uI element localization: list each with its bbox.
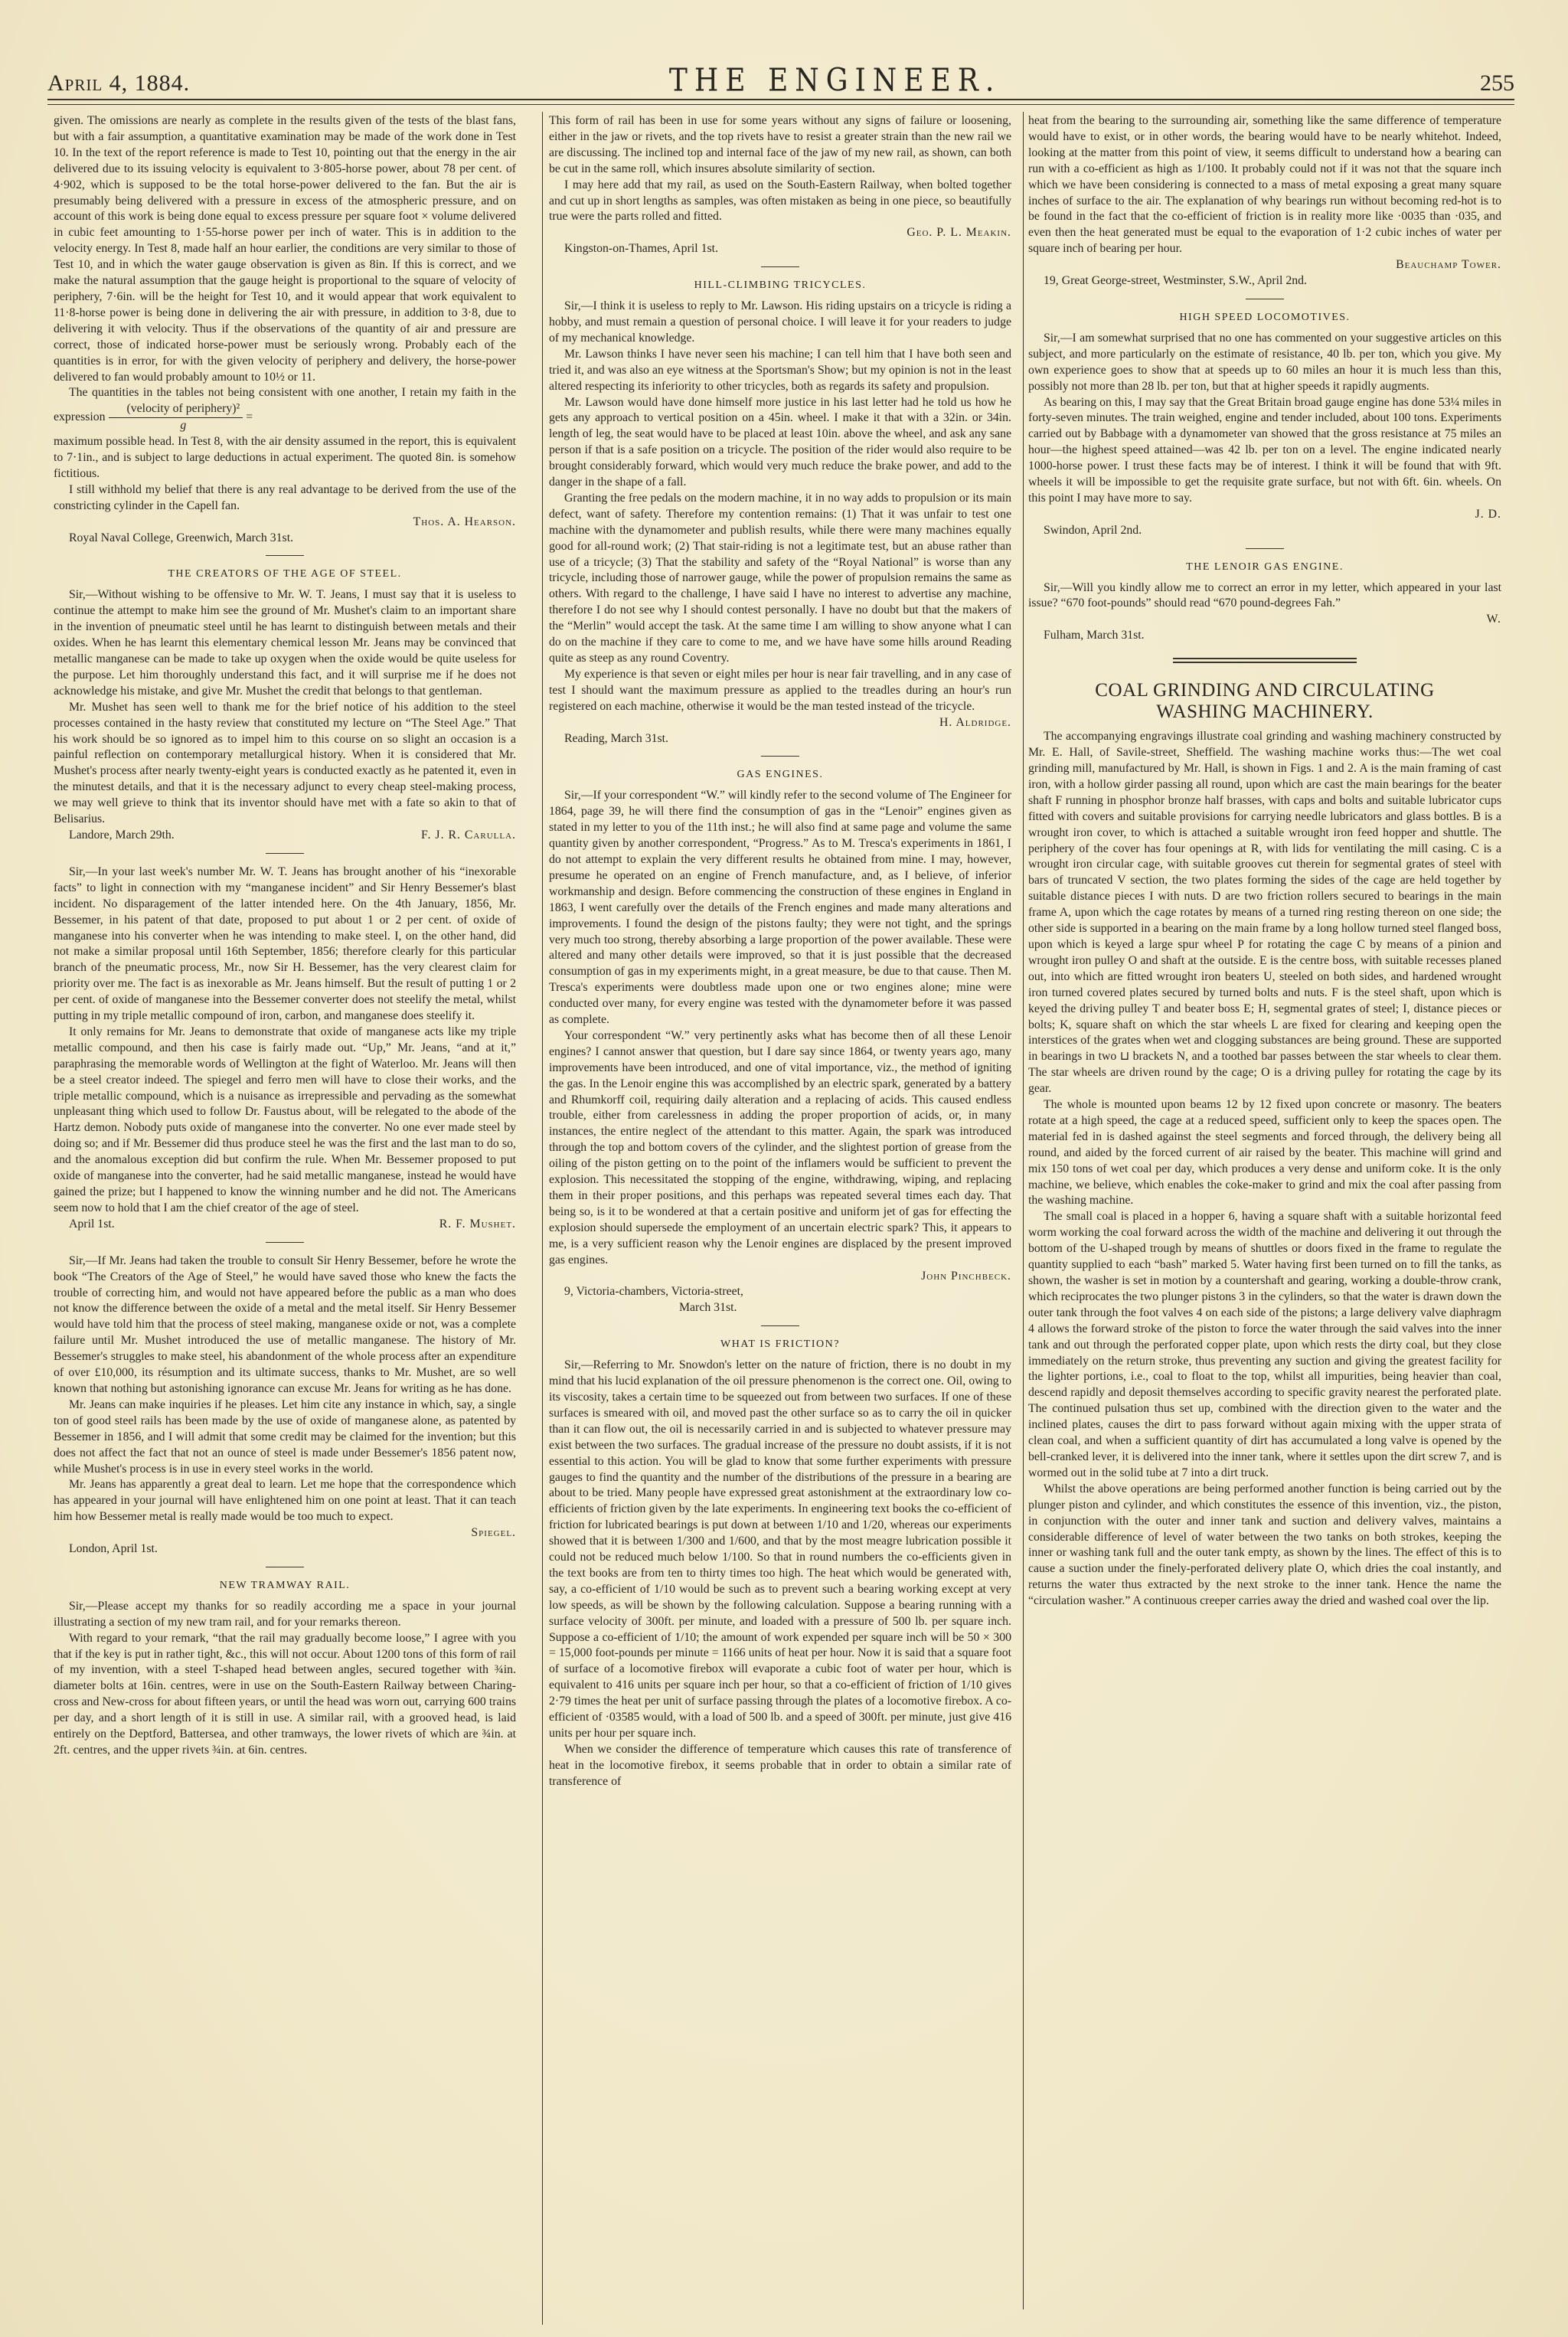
signature: H. Aldridge. <box>549 715 1011 731</box>
signature: W. <box>1028 612 1501 628</box>
paragraph: Granting the free pedals on the modern m… <box>549 491 1011 667</box>
paragraph: Sir,—I am somewhat surprised that no one… <box>1028 331 1501 395</box>
signoff: April 1st. R. F. Mushet. <box>54 1217 516 1233</box>
article-headline: COAL GRINDING AND CIRCULATING WASHING MA… <box>1028 680 1501 723</box>
dateline: Kingston-on-Thames, April 1st. <box>549 241 1011 257</box>
dateline: 19, Great George-street, Westminster, S.… <box>1028 273 1501 289</box>
letter-tramway-rail: NEW TRAMWAY RAIL. Sir,—Please accept my … <box>54 1578 516 1759</box>
publication-title: THE ENGINEER. <box>669 63 1001 99</box>
column-1: given. The omissions are nearly as compl… <box>54 113 516 1759</box>
letter-hill-climbing-tricycles: HILL-CLIMBING TRICYCLES. Sir,—I think it… <box>549 278 1011 747</box>
section-rule <box>266 853 304 854</box>
formula-numerator: (velocity of periphery)² <box>109 401 243 418</box>
signature: R. F. Mushet. <box>439 1217 516 1233</box>
section-rule <box>266 1242 304 1243</box>
section-rule <box>1246 548 1284 549</box>
paragraph: Sir,—I think it is useless to reply to M… <box>549 299 1011 347</box>
paragraph: Mr. Lawson would have done himself more … <box>549 395 1011 491</box>
paragraph: Sir,—If Mr. Jeans had taken the trouble … <box>54 1253 516 1397</box>
newspaper-page: April 4, 1884. THE ENGINEER. 255 given. … <box>0 0 1568 2337</box>
section-heading: GAS ENGINES. <box>549 767 1011 783</box>
section-heading: NEW TRAMWAY RAIL. <box>54 1578 516 1594</box>
dateline: Fulham, March 31st. <box>1028 628 1501 644</box>
dateline: Royal Naval College, Greenwich, March 31… <box>54 531 516 547</box>
headline-line: COAL GRINDING AND CIRCULATING <box>1028 680 1501 701</box>
paragraph: This form of rail has been in use for so… <box>549 113 1011 178</box>
signature: J. D. <box>1028 507 1501 523</box>
paragraph: Your correspondent “W.” very pertinently… <box>549 1028 1011 1269</box>
signature: Geo. P. L. Meakin. <box>549 225 1011 241</box>
letter-what-is-friction-continued: heat from the bearing to the surrounding… <box>1028 113 1501 289</box>
issue-date: April 4, 1884. <box>47 70 190 96</box>
paragraph: Sir,—Will you kindly allow me to correct… <box>1028 580 1501 613</box>
letter-lenoir-gas-engine: THE LENOIR GAS ENGINE. Sir,—Will you kin… <box>1028 560 1501 645</box>
dateline: Swindon, April 2nd. <box>1028 523 1501 539</box>
section-rule <box>761 756 799 757</box>
column-divider-2 <box>1023 112 1024 2309</box>
paragraph: It only remains for Mr. Jeans to demonst… <box>54 1025 516 1217</box>
paragraph: Mr. Mushet has seen well to thank me for… <box>54 700 516 828</box>
equals-sign: = <box>246 410 253 423</box>
article-separator-rule <box>1173 658 1357 663</box>
dateline: March 31st. <box>549 1300 1011 1316</box>
letter-gas-engines: GAS ENGINES. Sir,—If your correspondent … <box>549 767 1011 1316</box>
paragraph: Mr. Jeans can make inquiries if he pleas… <box>54 1397 516 1478</box>
paragraph: Mr. Lawson thinks I have never seen his … <box>549 347 1011 395</box>
letter-capell-fan: given. The omissions are nearly as compl… <box>54 113 516 546</box>
section-heading: HILL-CLIMBING TRICYCLES. <box>549 278 1011 294</box>
dateline: Landore, March 29th. <box>54 828 175 844</box>
formula-denominator: g <box>109 418 243 434</box>
section-heading: THE CREATORS OF THE AGE OF STEEL. <box>54 567 516 583</box>
paragraph: I still withhold my belief that there is… <box>54 482 516 515</box>
page-number: 255 <box>1480 70 1514 96</box>
paragraph: Mr. Jeans has apparently a great deal to… <box>54 1477 516 1525</box>
paragraph: maximum possible head. In Test 8, with t… <box>54 434 516 482</box>
letter-what-is-friction: WHAT IS FRICTION? Sir,—Referring to Mr. … <box>549 1337 1011 1790</box>
headline-line: WASHING MACHINERY. <box>1028 701 1501 723</box>
letter-high-speed-locomotives: HIGH SPEED LOCOMOTIVES. Sir,—I am somewh… <box>1028 310 1501 539</box>
paragraph: given. The omissions are nearly as compl… <box>54 113 516 385</box>
section-heading: HIGH SPEED LOCOMOTIVES. <box>1028 310 1501 326</box>
dateline: 9, Victoria-chambers, Victoria-street, <box>549 1284 1011 1300</box>
paragraph: The whole is mounted upon beams 12 by 12… <box>1028 1097 1501 1209</box>
paragraph: The quantities in the tables not being c… <box>54 385 516 434</box>
paragraph: Sir,—Without wishing to be offensive to … <box>54 587 516 699</box>
paragraph: I may here add that my rail, as used on … <box>549 178 1011 226</box>
paragraph: Sir,—Referring to Mr. Snowdon's letter o… <box>549 1358 1011 1742</box>
paragraph: Sir,—If your correspondent “W.” will kin… <box>549 788 1011 1028</box>
section-heading: THE LENOIR GAS ENGINE. <box>1028 560 1501 576</box>
dateline: April 1st. <box>54 1217 115 1233</box>
letters-age-of-steel: THE CREATORS OF THE AGE OF STEEL. Sir,—W… <box>54 567 516 1557</box>
paragraph: The accompanying engravings illustrate c… <box>1028 729 1501 1097</box>
paragraph: With regard to your remark, “that the ra… <box>54 1631 516 1759</box>
signature: Spiegel. <box>54 1525 516 1541</box>
header-rule-thin <box>47 104 1514 105</box>
column-divider-1 <box>542 112 543 2325</box>
paragraph: When we consider the difference of tempe… <box>549 1742 1011 1790</box>
signoff: Landore, March 29th. F. J. R. Carulla. <box>54 828 516 844</box>
column-3: heat from the bearing to the surrounding… <box>1028 113 1501 1610</box>
letter-tramway-rail-continued: This form of rail has been in use for so… <box>549 113 1011 257</box>
signature: F. J. R. Carulla. <box>421 828 516 844</box>
signature: John Pinchbeck. <box>549 1269 1011 1285</box>
paragraph: As bearing on this, I may say that the G… <box>1028 395 1501 507</box>
section-rule <box>761 266 799 267</box>
formula: (velocity of periphery)² g <box>109 401 243 434</box>
section-rule <box>266 555 304 556</box>
paragraph: The small coal is placed in a hopper 6, … <box>1028 1209 1501 1481</box>
section-rule <box>761 1325 799 1326</box>
signature: Beauchamp Tower. <box>1028 257 1501 273</box>
paragraph: Sir,—Please accept my thanks for so read… <box>54 1599 516 1631</box>
paragraph: Sir,—In your last week's number Mr. W. T… <box>54 865 516 1025</box>
article-coal-grinding: COAL GRINDING AND CIRCULATING WASHING MA… <box>1028 680 1501 1610</box>
section-rule <box>1246 299 1284 299</box>
section-heading: WHAT IS FRICTION? <box>549 1337 1011 1353</box>
signature: Thos. A. Hearson. <box>54 515 516 531</box>
paragraph: heat from the bearing to the surrounding… <box>1028 113 1501 257</box>
section-rule <box>266 1567 304 1567</box>
dateline: Reading, March 31st. <box>549 731 1011 747</box>
header-rule <box>47 99 1514 100</box>
masthead: April 4, 1884. THE ENGINEER. 255 <box>47 66 1514 96</box>
paragraph: Whilst the above operations are being pe… <box>1028 1482 1501 1610</box>
dateline: London, April 1st. <box>54 1541 516 1557</box>
column-2: This form of rail has been in use for so… <box>549 113 1011 1790</box>
paragraph: My experience is that seven or eight mil… <box>549 667 1011 715</box>
